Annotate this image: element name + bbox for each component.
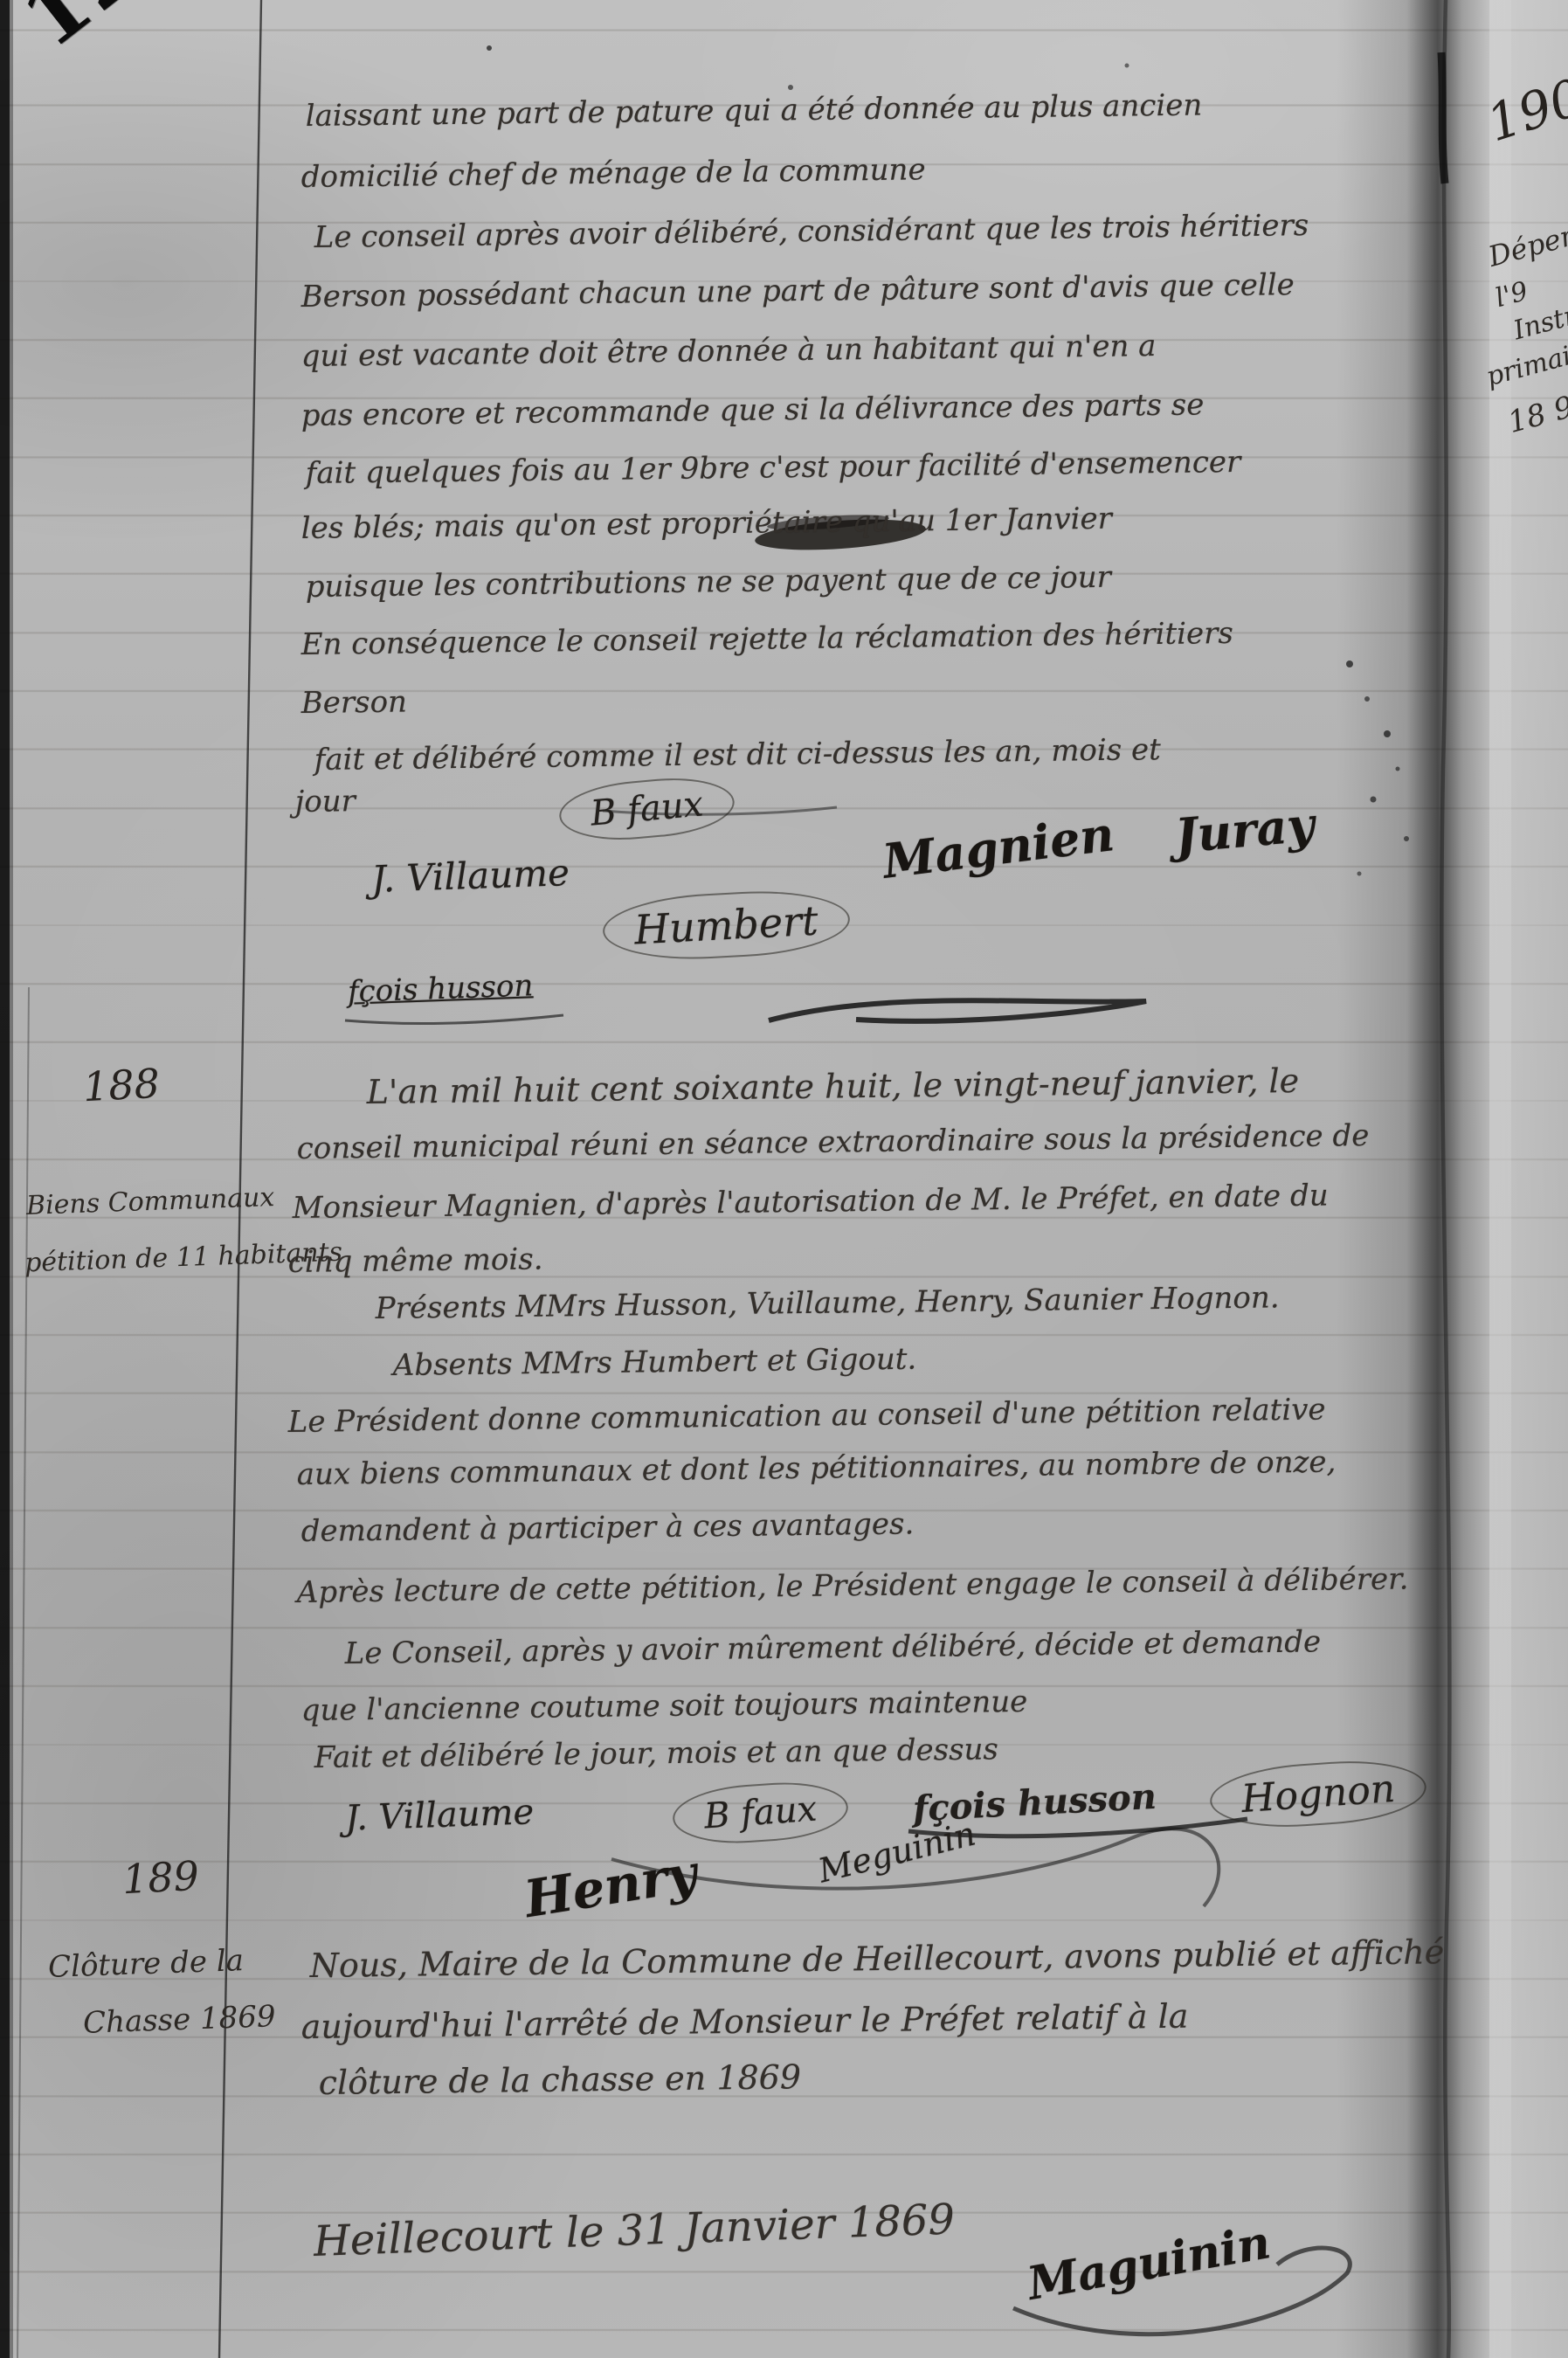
signature: J. Villaume [344,1792,535,1839]
manuscript-line: Absents MMrs Humbert et Gigout. [393,1342,917,1383]
manuscript-line: demandent à participer à ces avantages. [301,1506,915,1549]
page-fold-gutter [1337,0,1511,2358]
manuscript-line: Berson [301,685,408,721]
signature: fçois husson [347,968,534,1009]
manuscript-line: jour [295,784,356,819]
manuscript-line: cinq même mois. [288,1241,543,1280]
manuscript-line: clôture de la chasse en 1869 [318,2057,801,2102]
margin-note-line: Clôture de la [47,1943,244,1985]
margin-entry-number: 189 [121,1852,201,1904]
margin-note-line: Chasse 1869 [82,1999,276,2041]
margin-entry-number: 188 [82,1060,162,1111]
register-page-scan: 126 190 Dépen l'9 Instru primaire 18 9 l… [0,0,1568,2358]
signature: J. Villaume [370,851,570,901]
